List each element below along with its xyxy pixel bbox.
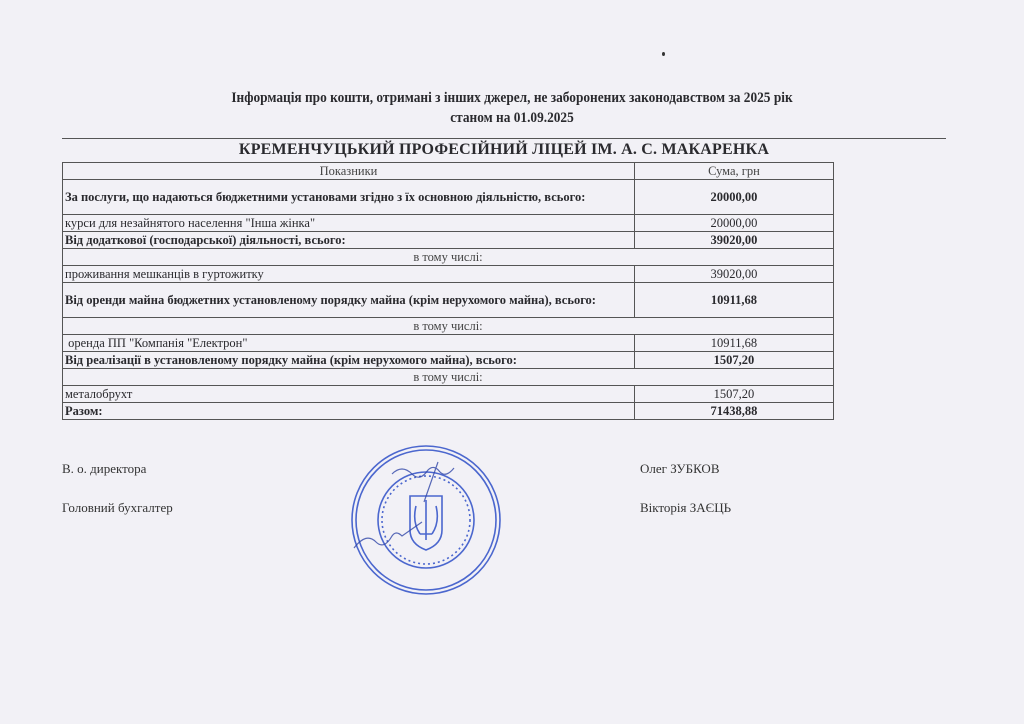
funds-table: Показники Сума, грн За послуги, що надаю… — [62, 162, 834, 420]
header-indicators: Показники — [63, 163, 635, 180]
director-role: В. о. директора — [62, 461, 146, 477]
table-subheader-row: в тому числі: — [63, 249, 834, 266]
table-row: Від додаткової (господарської) діяльност… — [63, 232, 834, 249]
director-name: Олег ЗУБКОВ — [640, 461, 720, 477]
accountant-role: Головний бухгалтер — [62, 500, 173, 516]
scan-speck — [662, 52, 665, 56]
table-row: курси для незайнятого населення "Інша жі… — [63, 215, 834, 232]
table-subheader-row: в тому числі: — [63, 318, 834, 335]
table-subheader-row: в тому числі: — [63, 369, 834, 386]
table-row: Від оренди майна бюджетних установленому… — [63, 283, 834, 318]
table-total-row: Разом: 71438,88 — [63, 403, 834, 420]
table-row: оренда ПП "Компанія "Електрон" 10911,68 — [63, 335, 834, 352]
table-header-row: Показники Сума, грн — [63, 163, 834, 180]
header-sum: Сума, грн — [634, 163, 833, 180]
table-row: За послуги, що надаються бюджетними уста… — [63, 180, 834, 215]
ukraine-trident-seal-icon — [346, 440, 506, 600]
table-row: Від реалізації в установленому порядку м… — [63, 352, 834, 369]
document-title: Інформація про кошти, отримані з інших д… — [41, 88, 983, 128]
divider — [62, 138, 946, 139]
table-row: металобрухт 1507,20 — [63, 386, 834, 403]
organization-name: КРЕМЕНЧУЦЬКИЙ ПРОФЕСІЙНИЙ ЛІЦЕЙ ІМ. А. С… — [62, 141, 946, 159]
table-row: проживання мешканців в гуртожитку 39020,… — [63, 266, 834, 283]
accountant-name: Вікторія ЗАЄЦЬ — [640, 500, 731, 516]
